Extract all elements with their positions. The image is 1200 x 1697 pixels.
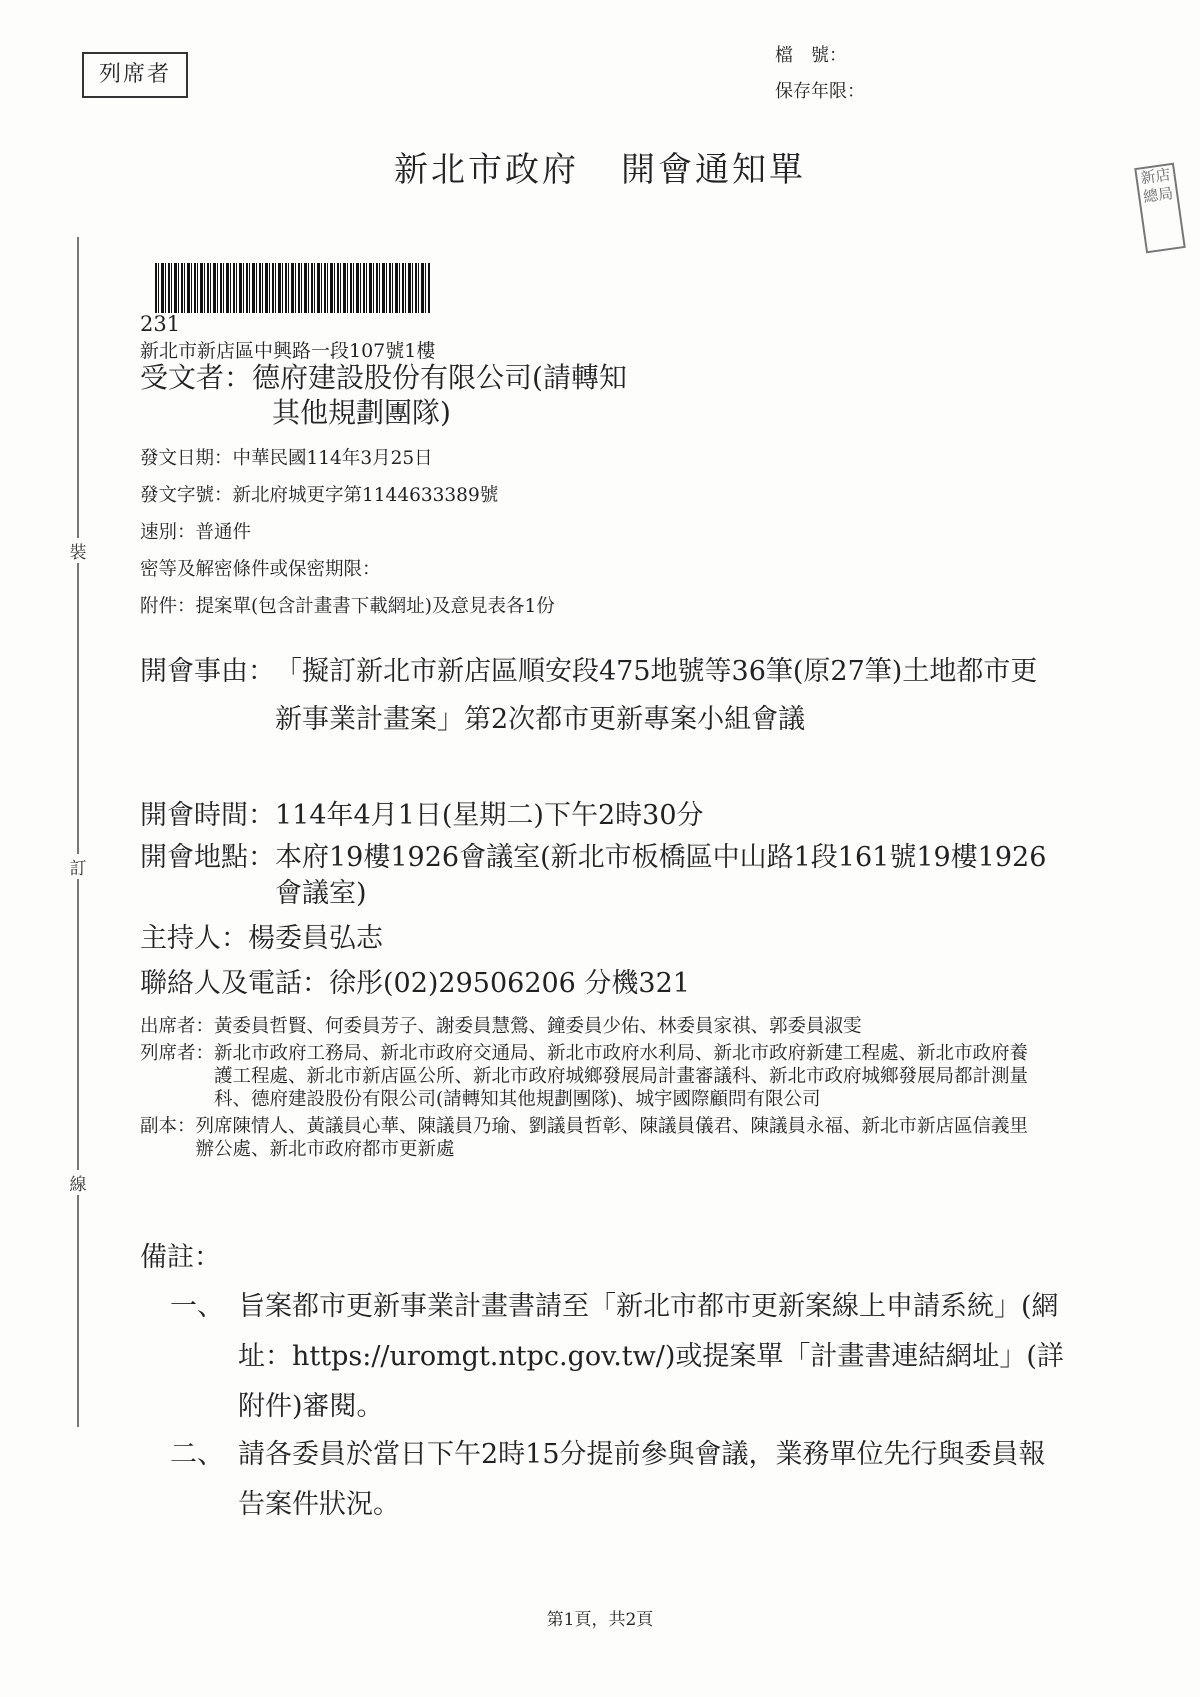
observers-value: 新北市政府工務局、新北市政府交通局、新北市政府水利局、新北市政府新建工程處、新北… xyxy=(214,1042,1040,1111)
binding-char-zhuang: 裝 xyxy=(64,538,92,563)
cc-value: 列席陳情人、黃議員心華、陳議員乃瑜、劉議員哲彰、陳議員儀君、陳議員永福、新北市新… xyxy=(196,1115,1040,1161)
meta-label: 速別： xyxy=(140,522,196,543)
meta-classification: 密等及解密條件或保密期限： xyxy=(140,551,555,588)
meta-label: 發文日期： xyxy=(140,448,233,469)
notes-title: 備註： xyxy=(140,1235,221,1274)
place-label: 開會地點： xyxy=(140,840,275,912)
recipient-address: 新北市新店區中興路一段107號1樓 xyxy=(140,336,435,363)
meeting-host: 主持人：楊委員弘志 xyxy=(140,915,383,963)
meeting-contact: 聯絡人及電話：徐彤(02)29506206 分機321 xyxy=(140,960,690,1008)
binding-char-ding: 訂 xyxy=(64,854,92,879)
observers-label: 列席者： xyxy=(140,1042,214,1111)
note-number: 一、 xyxy=(170,1282,238,1432)
meeting-place: 開會地點：本府19樓1926會議室(新北市板橋區中山路1段161號19樓1926… xyxy=(140,840,1060,912)
time-label: 開會時間： xyxy=(140,792,275,840)
title-doc: 開會通知單 xyxy=(621,150,806,190)
attendees-row: 出席者：黃委員哲賢、何委員芳子、謝委員慧鶯、鐘委員少佑、林委員家祺、郭委員淑雯 xyxy=(140,1015,1040,1038)
meta-value: 提案單(包含計畫書下載網址)及意見表各1份 xyxy=(196,596,555,617)
note-item: 二、 請各委員於當日下午2時15分提前參與會議，業務單位先行與委員報告案件狀況。 xyxy=(170,1430,1070,1530)
meeting-time: 開會時間：114年4月1日(星期二)下午2時30分 xyxy=(140,792,1060,840)
place-value: 本府19樓1926會議室(新北市板橋區中山路1段161號19樓1926會議室) xyxy=(275,840,1060,912)
meta-value: 普通件 xyxy=(196,522,252,543)
contact-value: 徐彤(02)29506206 分機321 xyxy=(329,960,690,1008)
file-number-label: 檔 號： xyxy=(775,38,865,74)
file-meta: 檔 號： 保存年限： xyxy=(775,38,865,110)
meta-label: 發文字號： xyxy=(140,485,233,506)
meta-speed: 速別：普通件 xyxy=(140,514,555,551)
retention-label: 保存年限： xyxy=(775,74,865,110)
zip-code: 231 xyxy=(140,312,180,336)
subject-label: 開會事由： xyxy=(140,648,275,744)
meta-label: 附件： xyxy=(140,596,196,617)
meta-value: 新北府城更字第1144633389號 xyxy=(233,485,499,506)
barcode xyxy=(155,263,430,313)
cc-row: 副本：列席陳情人、黃議員心華、陳議員乃瑜、劉議員哲彰、陳議員儀君、陳議員永福、新… xyxy=(140,1115,1040,1161)
role-box: 列席者 xyxy=(82,52,188,98)
host-label: 主持人： xyxy=(140,915,248,963)
recipient-line2: 其他規劃團隊) xyxy=(140,395,627,430)
note-number: 二、 xyxy=(170,1430,238,1530)
meta-value: 中華民國114年3月25日 xyxy=(233,448,433,469)
attendees-label: 出席者： xyxy=(140,1015,214,1038)
attendees-value: 黃委員哲賢、何委員芳子、謝委員慧鶯、鐘委員少佑、林委員家祺、郭委員淑雯 xyxy=(214,1015,1040,1038)
observers-row: 列席者：新北市政府工務局、新北市政府交通局、新北市政府水利局、新北市政府新建工程… xyxy=(140,1042,1040,1111)
time-value: 114年4月1日(星期二)下午2時30分 xyxy=(275,792,1060,840)
meeting-subject: 開會事由：「擬訂新北市新店區順安段475地號等36筆(原27筆)土地都市更新事業… xyxy=(140,648,1060,744)
host-value: 楊委員弘志 xyxy=(248,915,383,963)
meta-attachment: 附件：提案單(包含計畫書下載網址)及意見表各1份 xyxy=(140,588,555,625)
binding-char-xian: 線 xyxy=(64,1170,92,1195)
note-text: 旨案都市更新事業計畫書請至「新北市都市更新案線上申請系統」(網址：https:/… xyxy=(238,1282,1070,1432)
recipient: 受文者：德府建設股份有限公司(請轉知 其他規劃團隊) xyxy=(140,360,627,430)
meta-label: 密等及解密條件或保密期限： xyxy=(140,559,381,580)
recipient-label: 受文者： xyxy=(140,361,252,394)
meta-doc-number: 發文字號：新北府城更字第1144633389號 xyxy=(140,477,555,514)
title-org: 新北市政府 xyxy=(394,150,579,190)
cc-label: 副本： xyxy=(140,1115,196,1161)
document-meta: 發文日期：中華民國114年3月25日 發文字號：新北府城更字第114463338… xyxy=(140,440,555,625)
participants: 出席者：黃委員哲賢、何委員芳子、謝委員慧鶯、鐘委員少佑、林委員家祺、郭委員淑雯 … xyxy=(140,1015,1040,1165)
page-title: 新北市政府開會通知單 xyxy=(0,142,1200,191)
subject-value: 「擬訂新北市新店區順安段475地號等36筆(原27筆)土地都市更新事業計畫案」第… xyxy=(275,648,1060,744)
page-indicator: 第1頁，共2頁 xyxy=(0,1605,1200,1630)
note-text: 請各委員於當日下午2時15分提前參與會議，業務單位先行與委員報告案件狀況。 xyxy=(238,1430,1070,1530)
recipient-line1: 德府建設股份有限公司(請轉知 xyxy=(252,361,627,394)
contact-label: 聯絡人及電話： xyxy=(140,960,329,1008)
meta-date: 發文日期：中華民國114年3月25日 xyxy=(140,440,555,477)
binding-line xyxy=(77,237,79,1427)
note-item: 一、 旨案都市更新事業計畫書請至「新北市都市更新案線上申請系統」(網址：http… xyxy=(170,1282,1070,1432)
